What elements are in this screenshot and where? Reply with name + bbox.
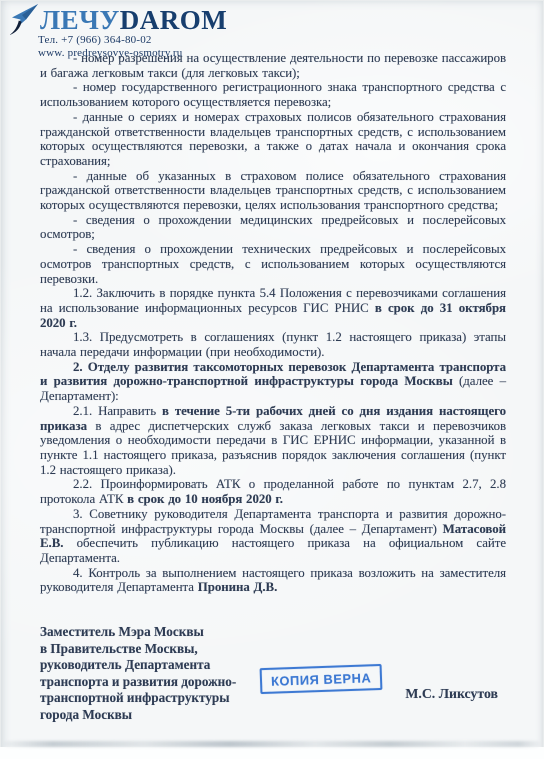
- paragraph: - данные об указанных в страховом полисе…: [40, 169, 506, 213]
- signature-line: города Москвы: [40, 707, 506, 724]
- logo-text: ЛЕЧУDAROM: [40, 5, 227, 35]
- paragraph: 2. Отделу развития таксомоторных перевоз…: [40, 360, 506, 404]
- copy-stamp: КОПИЯ ВЕРНА: [260, 664, 383, 694]
- paragraph: - сведения о прохождении медицинских пре…: [40, 213, 506, 242]
- logo-part-darom: DAROM: [120, 5, 227, 35]
- document-content: - номер разрешения на осуществление деят…: [40, 51, 506, 736]
- signature-block: Заместитель Мэра Москвыв Правительстве М…: [40, 624, 506, 736]
- logo: ЛЕЧУDAROM: [8, 3, 227, 36]
- paragraph: - номер государственного регистрационног…: [40, 80, 506, 109]
- paragraph: 1.3. Предусмотреть в соглашениях (пункт …: [40, 330, 506, 359]
- signatory-name: М.С. Ликсутов: [405, 686, 498, 702]
- document-body: - номер разрешения на осуществление деят…: [40, 51, 506, 595]
- scan-artifact: [4, 741, 540, 747]
- paragraph: 2.1. Направить в течение 5-ти рабочих дн…: [40, 404, 506, 478]
- paragraph: 2.2. Проинформировать АТК о проделанной …: [40, 477, 506, 506]
- paragraph: - сведения о прохождении технических пре…: [40, 242, 506, 286]
- signature-line: Заместитель Мэра Москвы: [40, 624, 506, 641]
- signature-line: в Правительстве Москвы,: [40, 641, 506, 658]
- paragraph: - данные о сериях и номерах страховых по…: [40, 110, 506, 169]
- bird-swoosh-icon: [8, 3, 39, 36]
- logo-part-lechu: ЛЕЧУ: [40, 5, 120, 35]
- scanned-document-page: ЛЕЧУDAROM Тел. +7 (966) 364-80-02 www. p…: [0, 0, 544, 759]
- paragraph: 3. Советнику руководителя Департамента т…: [40, 507, 506, 566]
- phone-number: Тел. +7 (966) 364-80-02: [38, 34, 227, 47]
- paragraph: 4. Контроль за выполнением настоящего пр…: [40, 566, 506, 595]
- paragraph: - номер разрешения на осуществление деят…: [40, 51, 506, 80]
- paragraph: 1.2. Заключить в порядке пункта 5.4 Поло…: [40, 286, 506, 330]
